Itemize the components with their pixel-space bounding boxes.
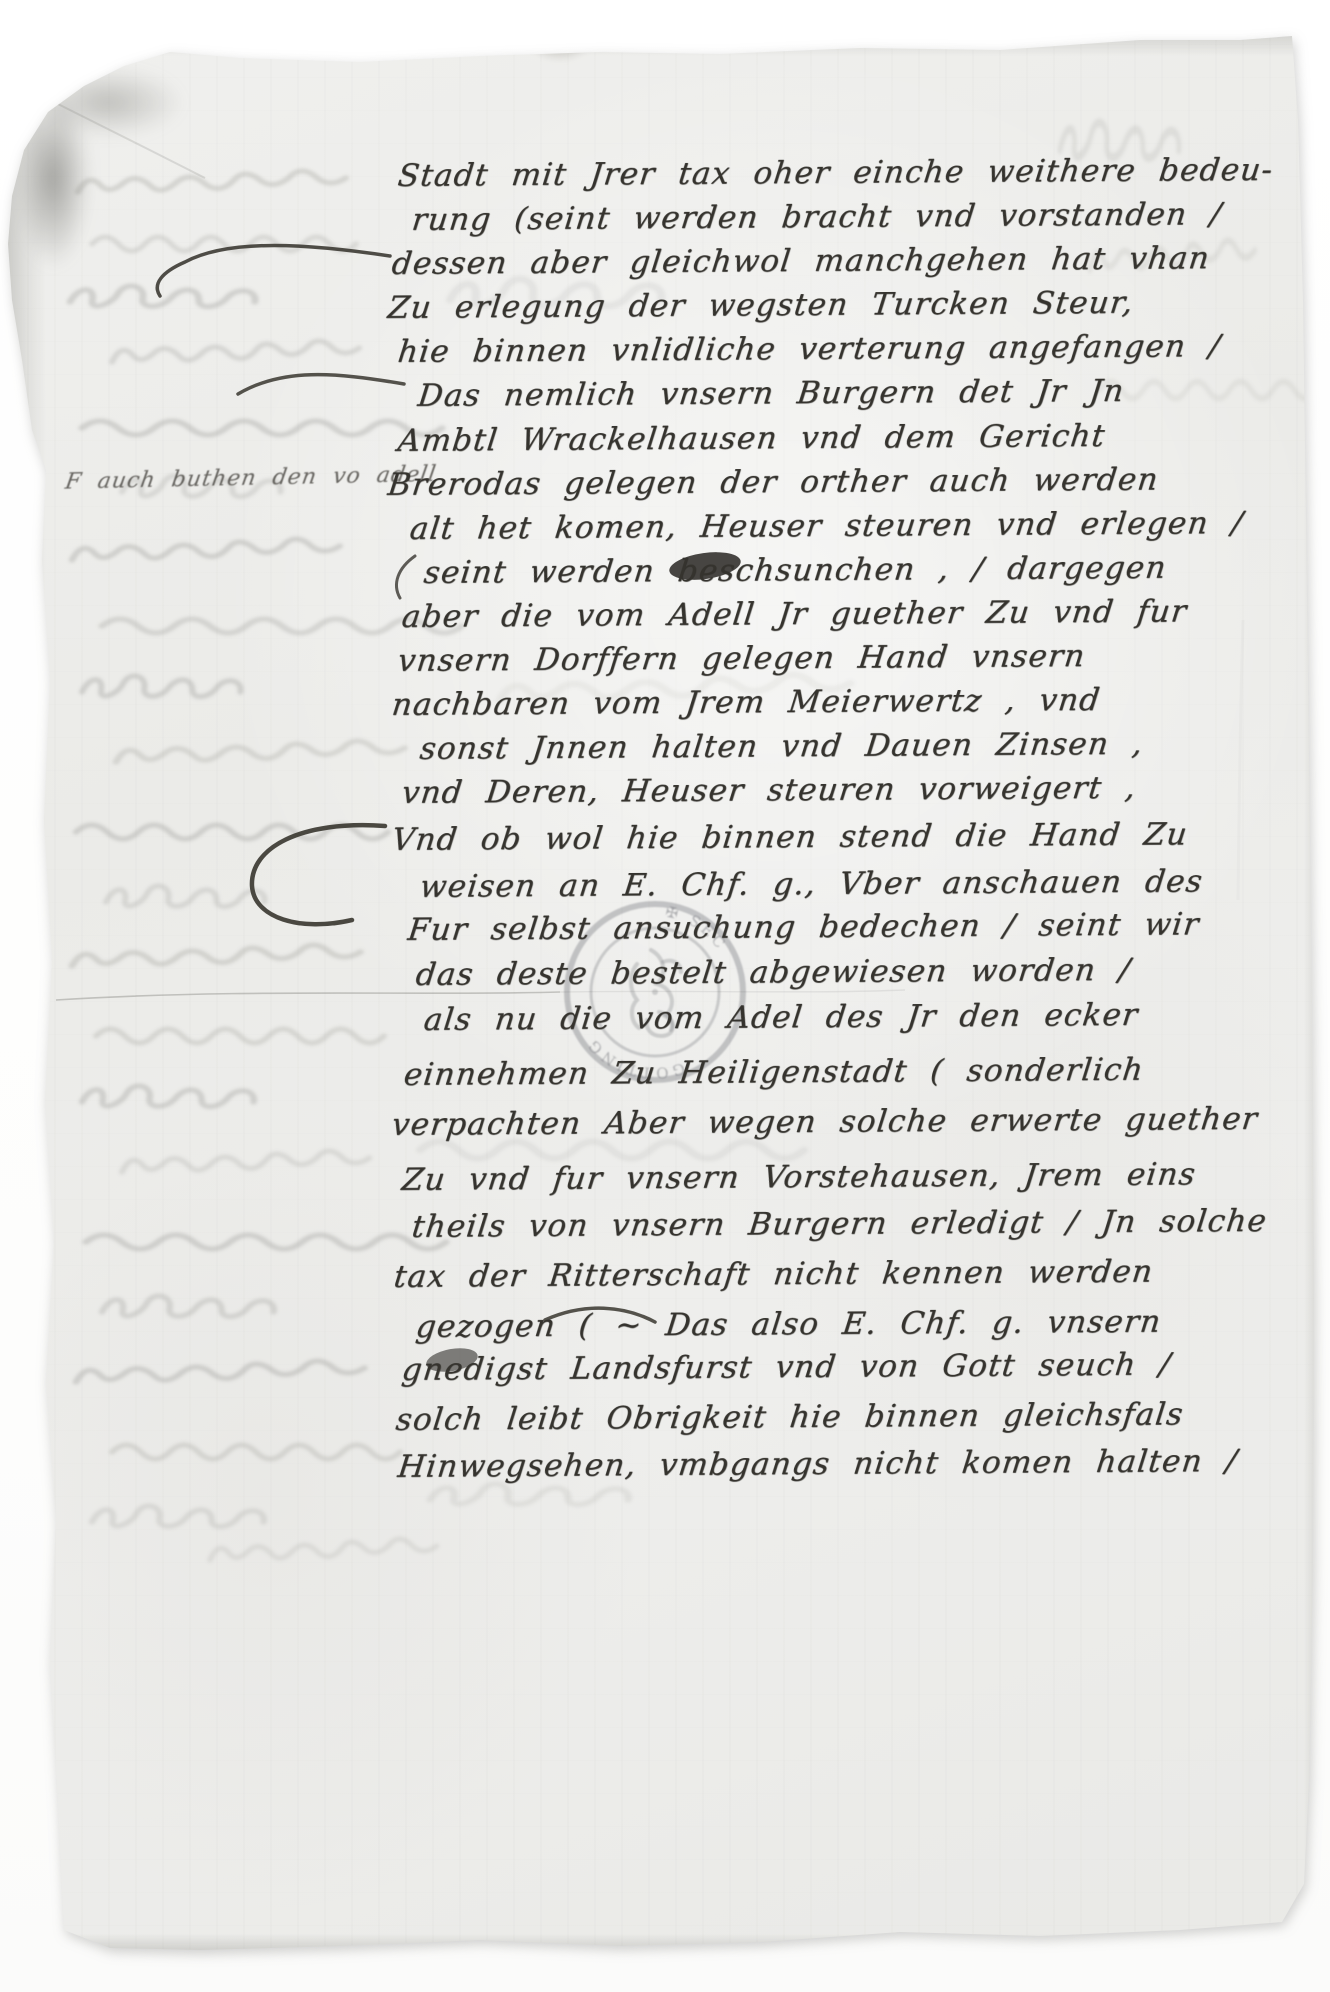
manuscript-line: Brerodas gelegen der orther auch werden [386, 462, 1161, 503]
manuscript-line: einnehmen Zu Heiligenstadt ( sonderlich [402, 1052, 1146, 1093]
manuscript-line: nachbaren vom Jrem Meierwertz , vnd [390, 682, 1103, 723]
manuscript-line: gezogen ( ~ Das also E. Chf. g. vnsern [414, 1304, 1163, 1345]
manuscript-line: Stadt mit Jrer tax oher einche weithere … [396, 152, 1275, 194]
torn-corner-shading [0, 52, 240, 472]
manuscript-line: dessen aber gleichwol manchgehen hat vha… [390, 240, 1212, 282]
manuscript-line: Zu erlegung der wegsten Turcken Steur, [386, 285, 1136, 326]
manuscript-line: solch leibt Obrigkeit hie binnen gleichs… [394, 1397, 1186, 1438]
manuscript-line: vnd Deren, Heuser steuren vorweigert , [400, 770, 1138, 811]
manuscript-line: alt het komen, Heuser steuren vnd erlege… [408, 505, 1246, 547]
scanned-manuscript-page: ✠ SEC GOTTING [0, 0, 1330, 1992]
manuscript-line: gnedigst Landsfurst vnd von Gott seuch / [400, 1347, 1173, 1388]
manuscript-line: weisen an E. Chf. g., Vber anschauen des [418, 864, 1205, 905]
manuscript-line: verpachten Aber wegen solche erwerte gue… [390, 1101, 1260, 1143]
manuscript-line: Ambtl Wrackelhausen vnd dem Gericht [396, 418, 1108, 459]
manuscript-line: Vnd ob wol hie binnen stend die Hand Zu [390, 816, 1190, 858]
manuscript-line: seint werden beschsunchen , / dargegen [422, 550, 1169, 591]
manuscript-line: theils von vnsern Burgern erledigt / Jn … [410, 1203, 1269, 1245]
manuscript-line: als nu die vom Adel des Jr den ecker [422, 997, 1140, 1038]
right-edge-shading [1304, 36, 1318, 1936]
manuscript-line: rung (seint werden bracht vnd vorstanden… [410, 196, 1224, 238]
bottom-edge-shading [40, 1934, 1310, 1954]
paper-sheet-wrap: ✠ SEC GOTTING [0, 0, 1330, 1992]
paper-sheet: ✠ SEC GOTTING [0, 0, 1330, 1992]
left-edge-shading [0, 40, 46, 1950]
manuscript-line: sonst Jnnen halten vnd Dauen Zinsen , [418, 726, 1145, 767]
manuscript-line: Das nemlich vnsern Burgern det Jr Jn [416, 373, 1127, 414]
top-edge-shading [0, 30, 1330, 56]
manuscript-line: Zu vnd fur vnsern Vorstehausen, Jrem ein… [400, 1156, 1198, 1198]
manuscript-line: aber die vom Adell Jr guether Zu vnd fur [400, 594, 1189, 635]
manuscript-line: hie binnen vnlidliche verterung angefang… [396, 328, 1223, 370]
margin-annotation: F auch buthen den vo adell [63, 462, 438, 495]
manuscript-line: Hinwegsehen, vmbgangs nicht komen halten… [396, 1443, 1240, 1485]
manuscript-line: tax der Ritterschaft nicht kennen werden [392, 1254, 1155, 1295]
manuscript-line: das deste bestelt abgewiesen worden / [414, 952, 1133, 993]
manuscript-line: vnsern Dorffern gelegen Hand vnsern [396, 638, 1088, 679]
manuscript-line: Fur selbst ansuchung bedechen / seint wi… [406, 906, 1202, 948]
ink-stain [512, 0, 608, 70]
